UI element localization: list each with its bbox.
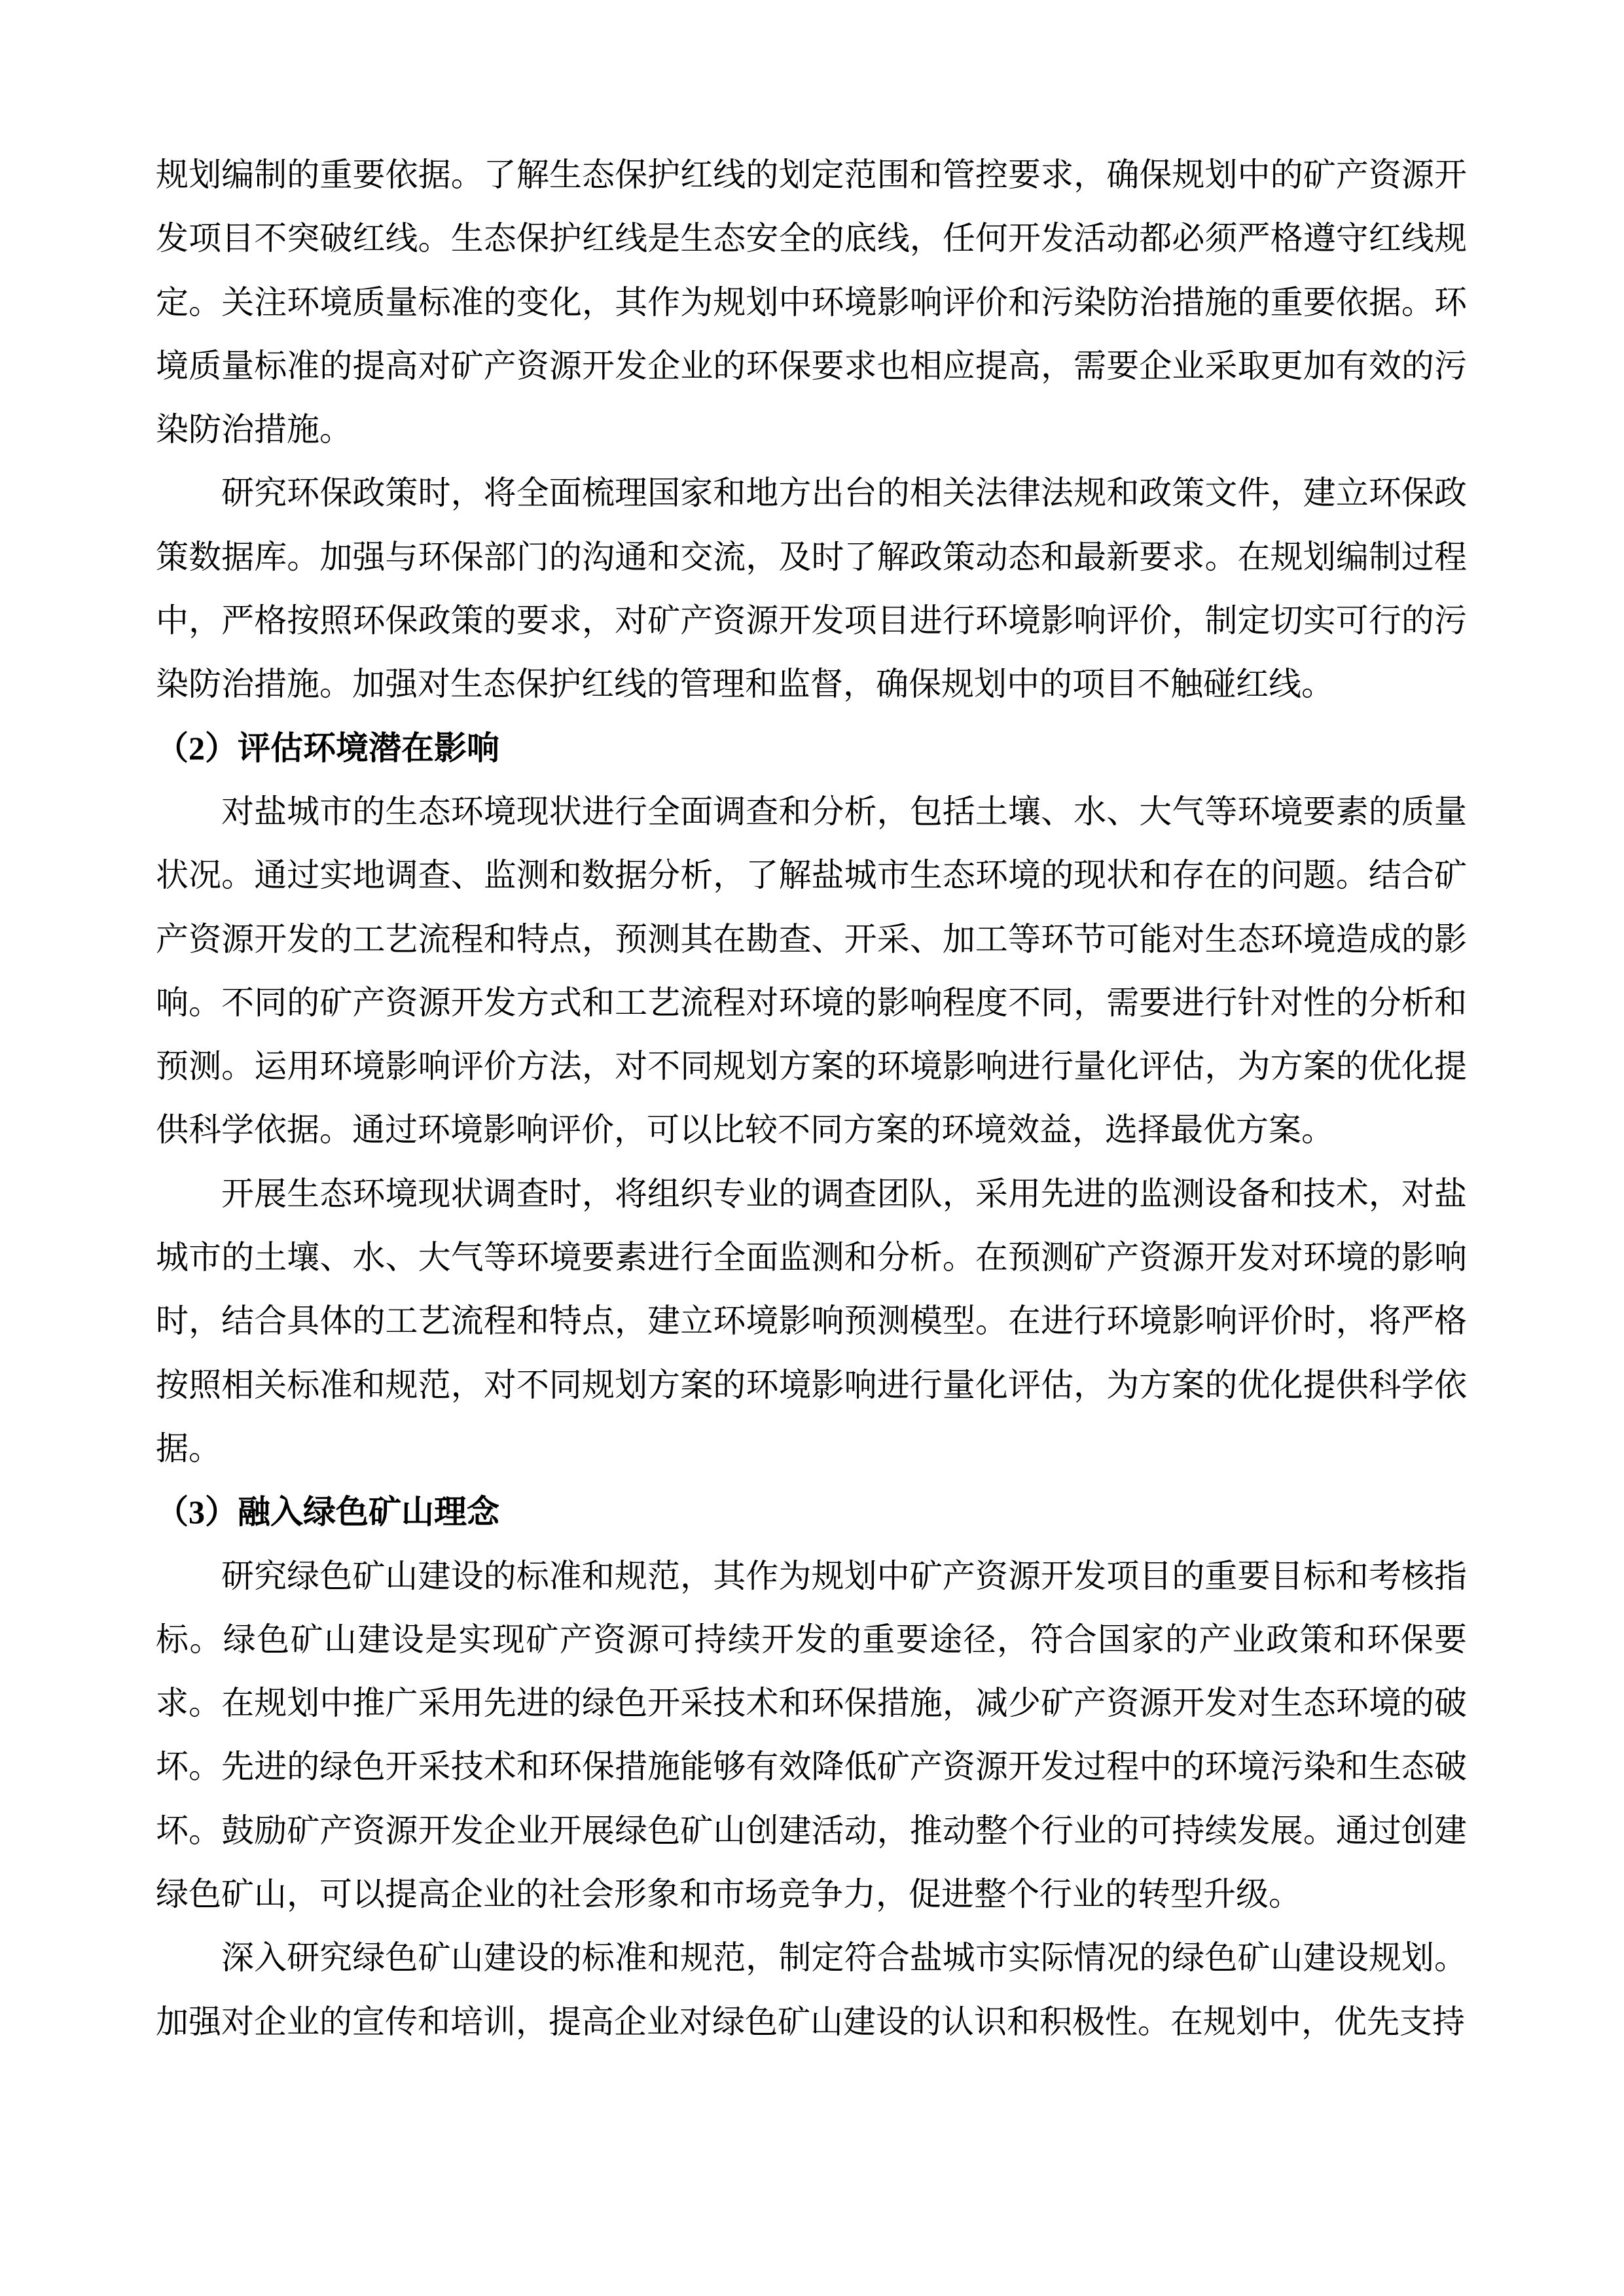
- section-heading: （2）评估环境潜在影响: [156, 717, 1467, 780]
- section-heading: （3）融入绿色矿山理念: [156, 1480, 1467, 1544]
- document-content: 规划编制的重要依据。了解生态保护红线的划定范围和管控要求，确保规划中的矿产资源开…: [156, 143, 1467, 2054]
- paragraph: 研究环保政策时，将全面梳理国家和地方出台的相关法律法规和政策文件，建立环保政策数…: [156, 461, 1467, 716]
- paragraph: 对盐城市的生态环境现状进行全面调查和分析，包括土壤、水、大气等环境要素的质量状况…: [156, 780, 1467, 1162]
- paragraph: 规划编制的重要依据。了解生态保护红线的划定范围和管控要求，确保规划中的矿产资源开…: [156, 143, 1467, 461]
- paragraph: 研究绿色矿山建设的标准和规范，其作为规划中矿产资源开发项目的重要目标和考核指标。…: [156, 1545, 1467, 1927]
- paragraph: 深入研究绿色矿山建设的标准和规范，制定符合盐城市实际情况的绿色矿山建设规划。加强…: [156, 1926, 1467, 2054]
- paragraph: 开展生态环境现状调查时，将组织专业的调查团队，采用先进的监测设备和技术，对盐城市…: [156, 1162, 1467, 1480]
- document-page: 规划编制的重要依据。了解生态保护红线的划定范围和管控要求，确保规划中的矿产资源开…: [0, 0, 1624, 2296]
